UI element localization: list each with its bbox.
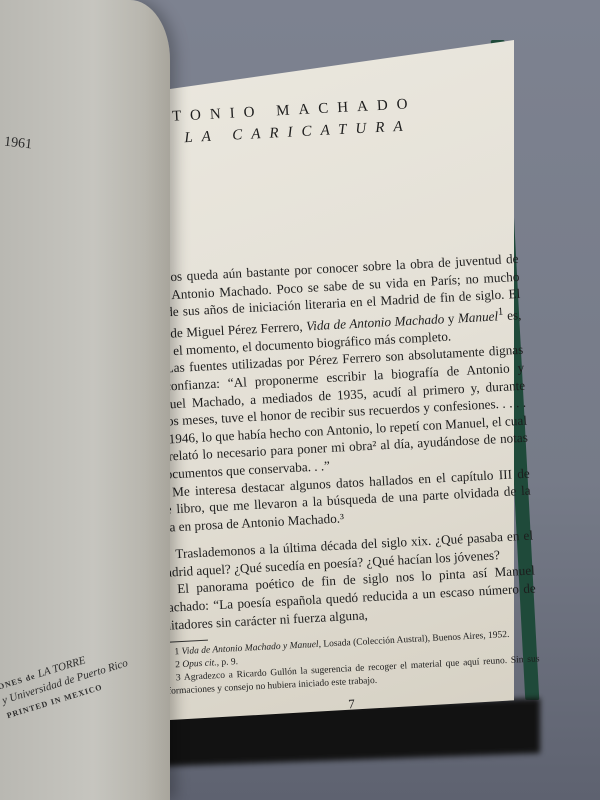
left-page: 1961 ONES de LA TORRE y Universidad de P… <box>0 0 170 800</box>
body-text: Nos queda aún bastante por conocer sobre… <box>138 250 541 723</box>
page-content: ANTONIO MACHADO EN LA CARICATURA Nos que… <box>130 88 542 723</box>
paragraph-2: Las fuentes utilizadas por Pérez Ferrero… <box>143 341 529 484</box>
left-page-year: 1961 <box>3 135 33 154</box>
